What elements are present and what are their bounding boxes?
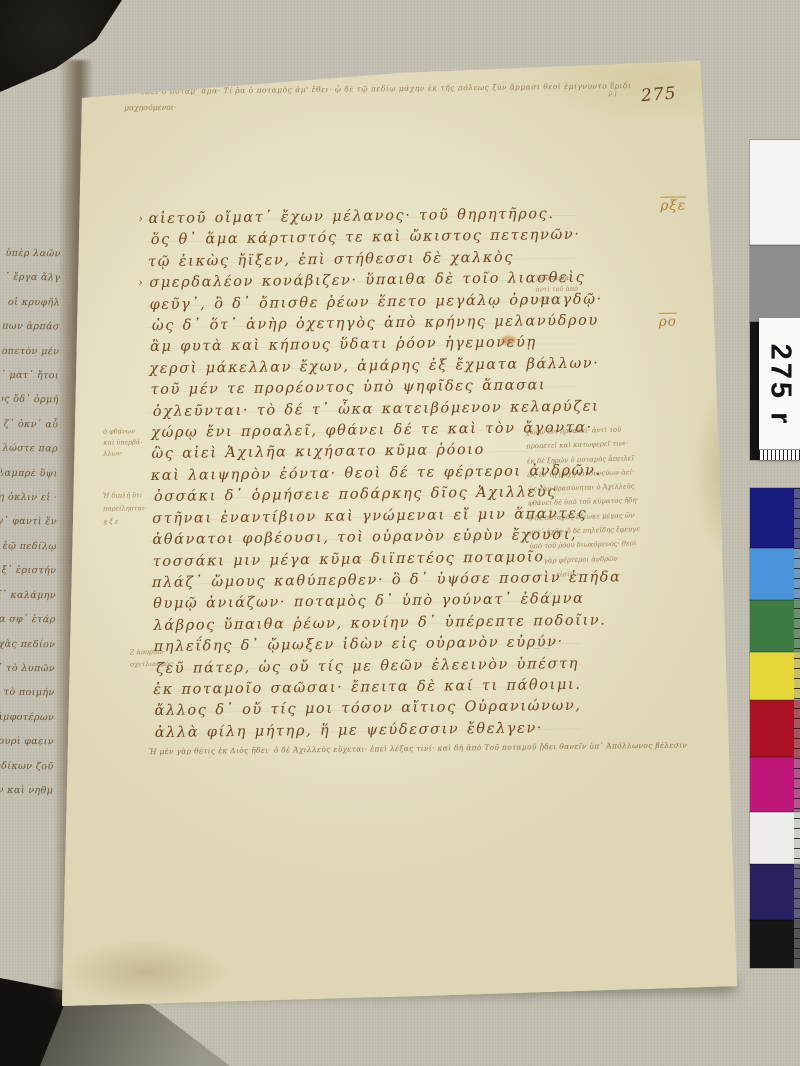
folio-label: 275 r xyxy=(763,343,796,426)
facing-page-text-line: ς ἵππων ἁρπάσ xyxy=(3,315,60,340)
facing-page-text-line: ἅμα σφ᾽ ἑτάρ xyxy=(0,608,56,633)
facing-page-text-line: πολλ᾽ ἔργα ἄλγ xyxy=(3,266,60,291)
diple-mark: › xyxy=(138,276,143,289)
facing-page-text-line: νος· ὡς ὅδ᾽ ὁρμή xyxy=(2,388,59,413)
scholion-line: παρείληπται· xyxy=(103,502,147,516)
facing-page-text-line: ζηταρ· ὁ ζ᾽ ὀκν᾽ αὖ xyxy=(1,412,58,437)
facing-page-text: σ· ὁ ὑπὲρ λαῶνπολλ᾽ ἔργα ἄλγειν· ζ᾽ οἱ κ… xyxy=(0,242,61,804)
header-scholion: † δϊ' ἐπεὶ ὁ ποταμ' ἅμα· Τί ῥα ὁ ποταμὸς… xyxy=(120,81,645,96)
color-patch xyxy=(750,812,800,864)
color-patch xyxy=(750,757,800,812)
folio-number: 275 xyxy=(640,83,677,106)
color-patch xyxy=(750,600,800,652)
pre-folio-marks: ν̄ ϊ xyxy=(608,90,617,98)
facing-page-text-line: ὁ ἄρ᾽ τὸ λυπῶν xyxy=(0,656,55,681)
scholion-line: ϗ ξ ε xyxy=(103,515,147,529)
diple-mark: › xyxy=(138,212,143,225)
side-note-scholion: Τὸ ὕπαιθα·ἀντὶ τοῦ ἀπὸτόθεν· xyxy=(535,273,578,305)
left-margin-note-b: Ἡ διπλῆ ὅτιπαρείληπται·ϗ ξ ε xyxy=(103,489,147,529)
marginal-tick: —·— xyxy=(534,644,550,652)
facing-page-text-line: ρον γ᾽ φαντὶ ἕν xyxy=(0,510,57,535)
facing-page-text-line: οι ἐνδίκων ζοῦ xyxy=(0,754,54,779)
facing-page-text-line: καὶ δουρὶ φαειν xyxy=(0,730,54,755)
marginal-tick: ·—· xyxy=(565,426,577,434)
left-margin-note-c: Ζ ἀπορίαν·σχετλιασμός· xyxy=(130,647,175,671)
facing-page-text-line: σ· ὁ ὑπὲρ λαῶν xyxy=(4,242,61,267)
scholion-line: Ἡ διπλῆ ὅτι xyxy=(103,489,147,503)
facing-page-text-line: ος λώστε παρ᾽ xyxy=(1,437,58,462)
grayscale-patch xyxy=(750,140,800,245)
marginal-line-number: ρο xyxy=(659,314,677,330)
scholion-line: τόθεν· xyxy=(535,294,578,305)
facing-page-text-line: ν ἀμφοτέρων xyxy=(0,705,54,730)
scholion-line: καὶ ὑπερβά- xyxy=(103,437,142,448)
ruler-ticks xyxy=(759,449,800,460)
header-scholion-line2: μαχησόμενοι· xyxy=(124,102,214,112)
folio-label-card: 275 r xyxy=(759,318,800,460)
scholion-line: Τὸ ὕπαιθα· xyxy=(535,273,578,284)
facing-page-text-line: ψυχὰς πεδίον xyxy=(0,632,55,657)
color-patch xyxy=(750,864,800,920)
facing-page-text-line: ν δ᾽ ἑῷ πεδίλῳ xyxy=(0,534,57,559)
color-calibration-bar: 275 r xyxy=(750,140,800,968)
scholion-line: σχετλιασμός· xyxy=(130,658,175,670)
facing-page-text-line: ειν· ζ᾽ οἱ κρυφῆλ xyxy=(3,290,60,315)
manuscript-page: † δϊ' ἐπεὶ ὁ ποταμ' ἅμα· Τί ῥα ὁ ποταμὸς… xyxy=(0,0,800,1066)
scholion-line: εἰσίν :- xyxy=(556,565,642,582)
right-margin-scholia: χώρῳ ἔνι προαλεῖ· ἀντὶ τοῦπροπετεῖ καὶ κ… xyxy=(526,422,642,582)
color-patch xyxy=(750,652,800,700)
marginal-line-number: ρξε xyxy=(660,197,686,213)
grayscale-patch xyxy=(750,245,800,322)
facing-page-text-line: · μάχῃ ὀκλιν εἰ xyxy=(0,486,57,511)
facing-page-text-line: σ· ἑρπετὸν μέν xyxy=(2,339,59,364)
scholion-line: Ζ ἀπορίαν· xyxy=(130,647,175,659)
color-patches xyxy=(750,488,800,968)
facing-page-text-line: δ᾽ ξ᾽ καλάμην xyxy=(0,583,56,608)
page-content: † δϊ' ἐπεὶ ὁ ποταμ' ἅμα· Τί ῥα ὁ ποταμὸς… xyxy=(0,0,800,1066)
color-patch xyxy=(750,700,800,757)
facing-page-text-line: εἰς τὸ ποιμήν xyxy=(0,681,55,706)
color-patch xyxy=(750,548,800,600)
left-margin-note-a: ὁ φθάνωνκαὶ ὑπερβά-λλων· xyxy=(103,426,143,459)
scholion-line: ὁ φθάνων xyxy=(103,426,142,437)
facing-page-text-line: μην καὶ νηθμ xyxy=(0,779,53,804)
facing-page-text-line: ν ξ᾽ ἐριστήν· xyxy=(0,559,56,584)
facing-page-text-line: ν· οἱ δ᾽ ματ᾽ ἤτοι xyxy=(2,364,59,389)
scholion-line: ἀντὶ τοῦ ἀπὸ xyxy=(535,283,578,294)
color-patch xyxy=(750,920,800,968)
facing-page-text-line: τε λαμπρὲ ὕψι xyxy=(1,461,58,486)
scholion-line: λλων· xyxy=(103,448,142,459)
color-patch xyxy=(750,488,800,548)
